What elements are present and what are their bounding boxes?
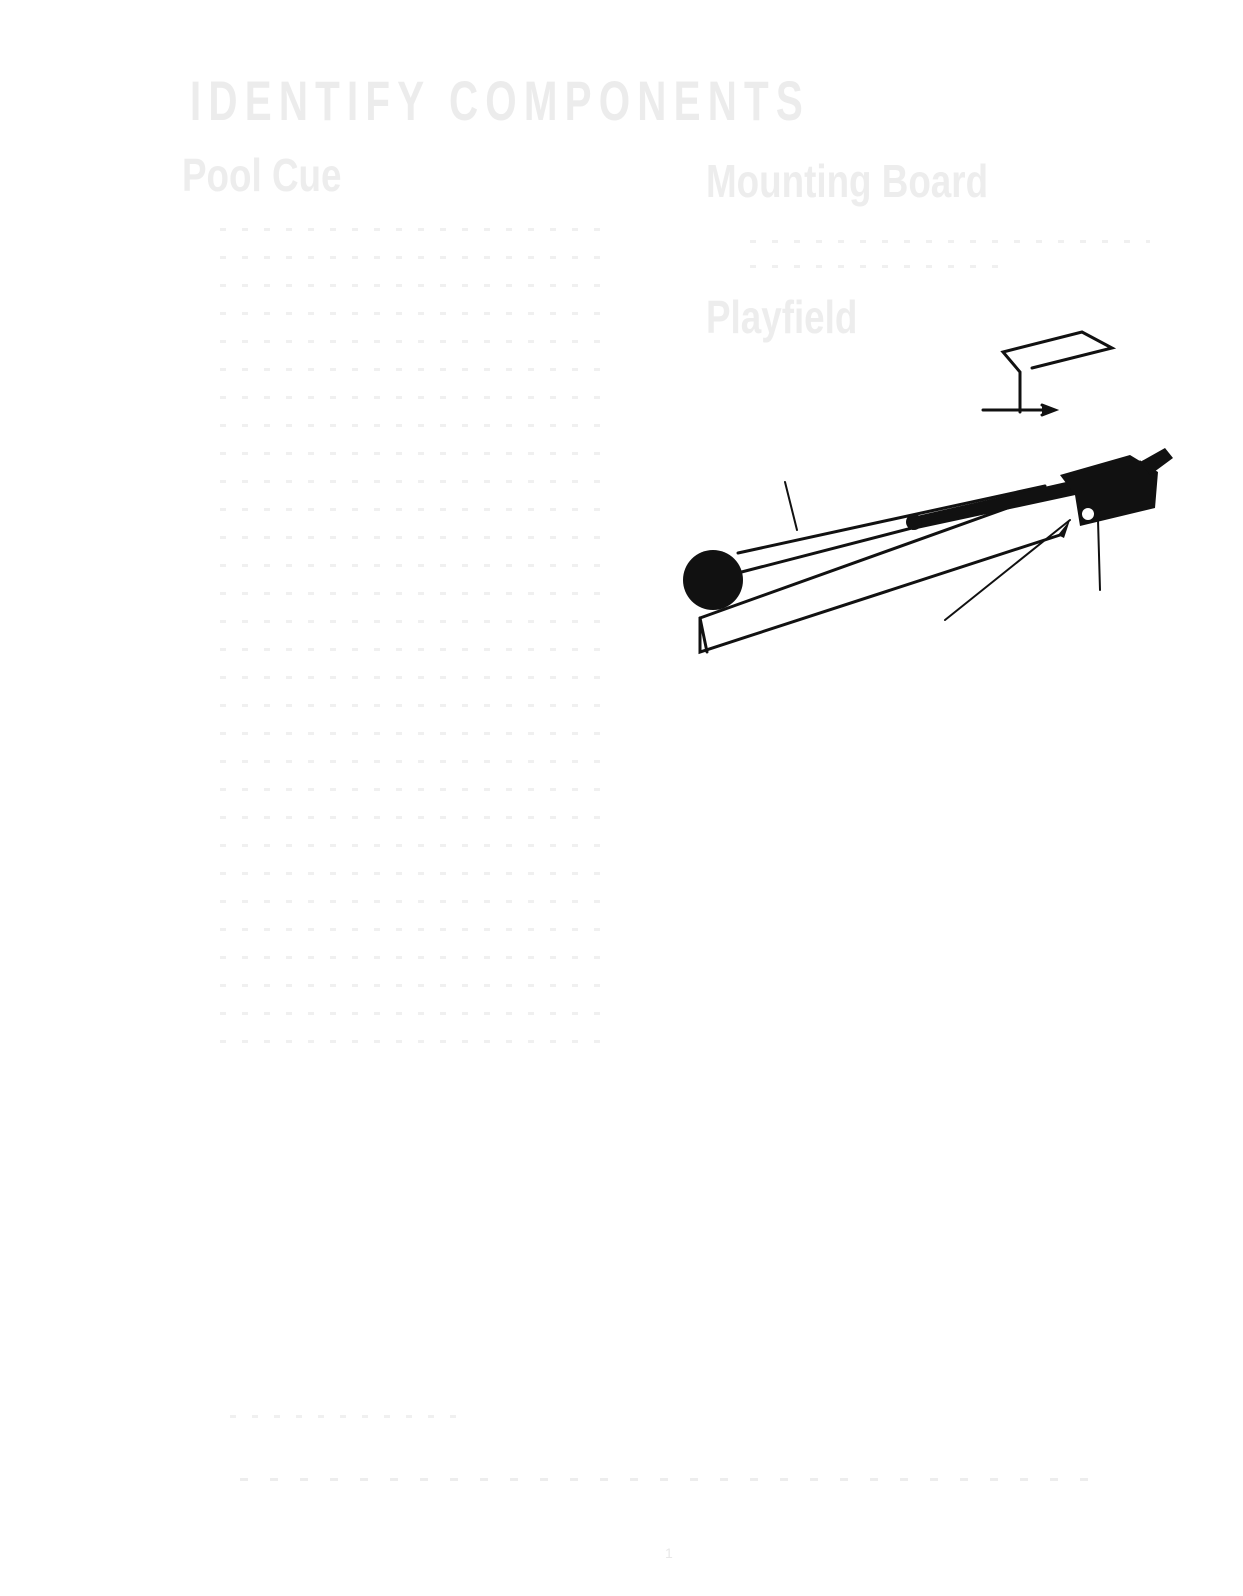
component-diagram xyxy=(0,0,1243,1596)
knob-shape xyxy=(683,550,743,610)
